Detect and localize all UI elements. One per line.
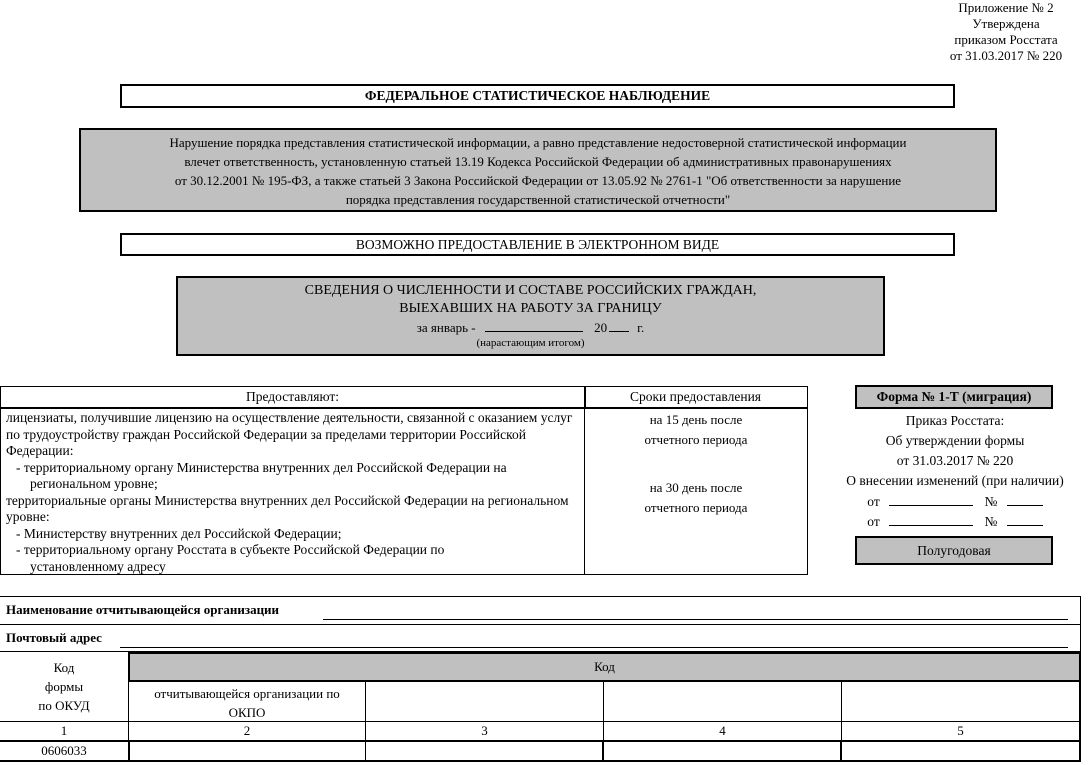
change-number-label: № bbox=[984, 494, 997, 509]
okpo-code-field[interactable] bbox=[128, 740, 366, 762]
change-date-field[interactable] bbox=[889, 511, 973, 526]
deadline-1-line2: отчетного периода bbox=[586, 430, 806, 450]
okud-header-line: по ОКУД bbox=[0, 696, 128, 715]
organization-name-row: Наименование отчитывающейся организации bbox=[0, 597, 1080, 625]
okud-header: Код формы по ОКУД bbox=[0, 652, 128, 720]
code-subheader-4 bbox=[604, 682, 842, 721]
okud-code-value: 0606033 bbox=[0, 740, 128, 762]
deadline-1-line1: на 15 день после bbox=[586, 410, 806, 430]
organization-name-field[interactable] bbox=[323, 619, 1068, 620]
warning-line: Нарушение порядка представления статисти… bbox=[81, 133, 995, 152]
order-title: Об утверждении формы bbox=[835, 431, 1075, 451]
federal-observation-title: ФЕДЕРАЛЬНОЕ СТАТИСТИЧЕСКОЕ НАБЛЮДЕНИЕ bbox=[120, 84, 955, 108]
warning-line: от 30.12.2001 № 195-ФЗ, а также статьей … bbox=[81, 171, 995, 190]
code-subheader-3 bbox=[366, 682, 604, 721]
cumulative-note: (нарастающим итогом) bbox=[178, 337, 883, 350]
report-period: за январь - 20г. bbox=[178, 318, 883, 337]
organization-name-label: Наименование отчитывающейся организации bbox=[6, 602, 279, 618]
code-group-header: Код bbox=[128, 652, 1081, 682]
approval-line: Утверждена bbox=[936, 16, 1076, 32]
code-subheader-5 bbox=[842, 682, 1081, 721]
column-number-3: 3 bbox=[366, 721, 604, 740]
postal-address-row: Почтовый адрес bbox=[0, 625, 1080, 652]
code-field-4[interactable] bbox=[604, 740, 842, 762]
deadline-2-line1: на 30 день после bbox=[586, 478, 806, 498]
submitters-column-header: Предоставляют: bbox=[1, 387, 586, 409]
column-number-1: 1 bbox=[0, 721, 128, 740]
changes-label: О внесении изменений (при наличии) bbox=[835, 471, 1075, 491]
submitter-recipient: - Министерству внутренних дел Российской… bbox=[6, 526, 581, 543]
okud-header-line: Код bbox=[0, 658, 128, 677]
change-date-field[interactable] bbox=[889, 491, 973, 506]
code-table: Код формы по ОКУД Код отчитывающейся орг… bbox=[0, 651, 1081, 761]
organization-section: Наименование отчитывающейся организации … bbox=[0, 596, 1081, 651]
year-suffix: г. bbox=[637, 320, 644, 335]
submitter-group-1: лицензиаты, получившие лицензию на осуще… bbox=[6, 410, 581, 460]
code-field-3[interactable] bbox=[366, 740, 604, 762]
column-divider bbox=[584, 407, 585, 574]
approval-block: Приложение № 2 Утверждена приказом Росст… bbox=[936, 0, 1076, 64]
postal-address-label: Почтовый адрес bbox=[6, 630, 102, 646]
okpo-header: отчитывающейся организации по ОКПО bbox=[128, 682, 366, 721]
okud-header-line: формы bbox=[0, 677, 128, 696]
deadlines-list: на 15 день после отчетного периода на 30… bbox=[586, 410, 806, 518]
electronic-submission-note: ВОЗМОЖНО ПРЕДОСТАВЛЕНИЕ В ЭЛЕКТРОННОМ ВИ… bbox=[120, 233, 955, 256]
column-number-5: 5 bbox=[842, 721, 1081, 740]
submitters-list: лицензиаты, получившие лицензию на осуще… bbox=[6, 410, 581, 575]
change-row: от № bbox=[835, 511, 1075, 531]
deadline-2-line2: отчетного периода bbox=[586, 498, 806, 518]
report-title-line1: СВЕДЕНИЯ О ЧИСЛЕННОСТИ И СОСТАВЕ РОССИЙС… bbox=[178, 282, 883, 300]
warning-line: влечет ответственность, установленную ст… bbox=[81, 152, 995, 171]
order-label: Приказ Росстата: bbox=[835, 411, 1075, 431]
order-date: от 31.03.2017 № 220 bbox=[835, 451, 1075, 471]
code-field-5[interactable] bbox=[842, 740, 1081, 762]
approval-line: приказом Росстата bbox=[936, 32, 1076, 48]
period-prefix: за январь - bbox=[417, 320, 476, 335]
submitter-recipient: - территориальному органу Министерства в… bbox=[6, 460, 581, 493]
change-row: от № bbox=[835, 491, 1075, 511]
deadlines-column-header: Сроки предоставления bbox=[584, 387, 807, 409]
postal-address-field[interactable] bbox=[120, 647, 1068, 648]
change-number-field[interactable] bbox=[1007, 491, 1043, 506]
report-title-line2: ВЫЕХАВШИХ НА РАБОТУ ЗА ГРАНИЦУ bbox=[178, 300, 883, 318]
change-number-field[interactable] bbox=[1007, 511, 1043, 526]
report-title-box: СВЕДЕНИЯ О ЧИСЛЕННОСТИ И СОСТАВЕ РОССИЙС… bbox=[176, 276, 885, 356]
approval-line: Приложение № 2 bbox=[936, 0, 1076, 16]
year-prefix: 20 bbox=[594, 320, 607, 335]
legal-warning: Нарушение порядка представления статисти… bbox=[79, 128, 997, 212]
period-month-field[interactable] bbox=[485, 318, 583, 332]
change-from-label: от bbox=[867, 494, 879, 509]
change-from-label: от bbox=[867, 514, 879, 529]
submitter-group-2: территориальные органы Министерства внут… bbox=[6, 493, 581, 526]
column-number-4: 4 bbox=[604, 721, 842, 740]
periodicity-badge: Полугодовая bbox=[855, 536, 1053, 565]
warning-line: порядка представления государственной ст… bbox=[81, 190, 995, 209]
submitter-recipient: - территориальному органу Росстата в суб… bbox=[6, 542, 581, 575]
order-info: Приказ Росстата: Об утверждении формы от… bbox=[835, 411, 1075, 531]
change-number-label: № bbox=[984, 514, 997, 529]
approval-line: от 31.03.2017 № 220 bbox=[936, 48, 1076, 64]
column-number-2: 2 bbox=[128, 721, 366, 740]
submitters-table: Предоставляют: Сроки предоставления лице… bbox=[0, 386, 808, 575]
year-field[interactable] bbox=[609, 318, 629, 332]
form-number-badge: Форма № 1-Т (миграция) bbox=[855, 385, 1053, 409]
